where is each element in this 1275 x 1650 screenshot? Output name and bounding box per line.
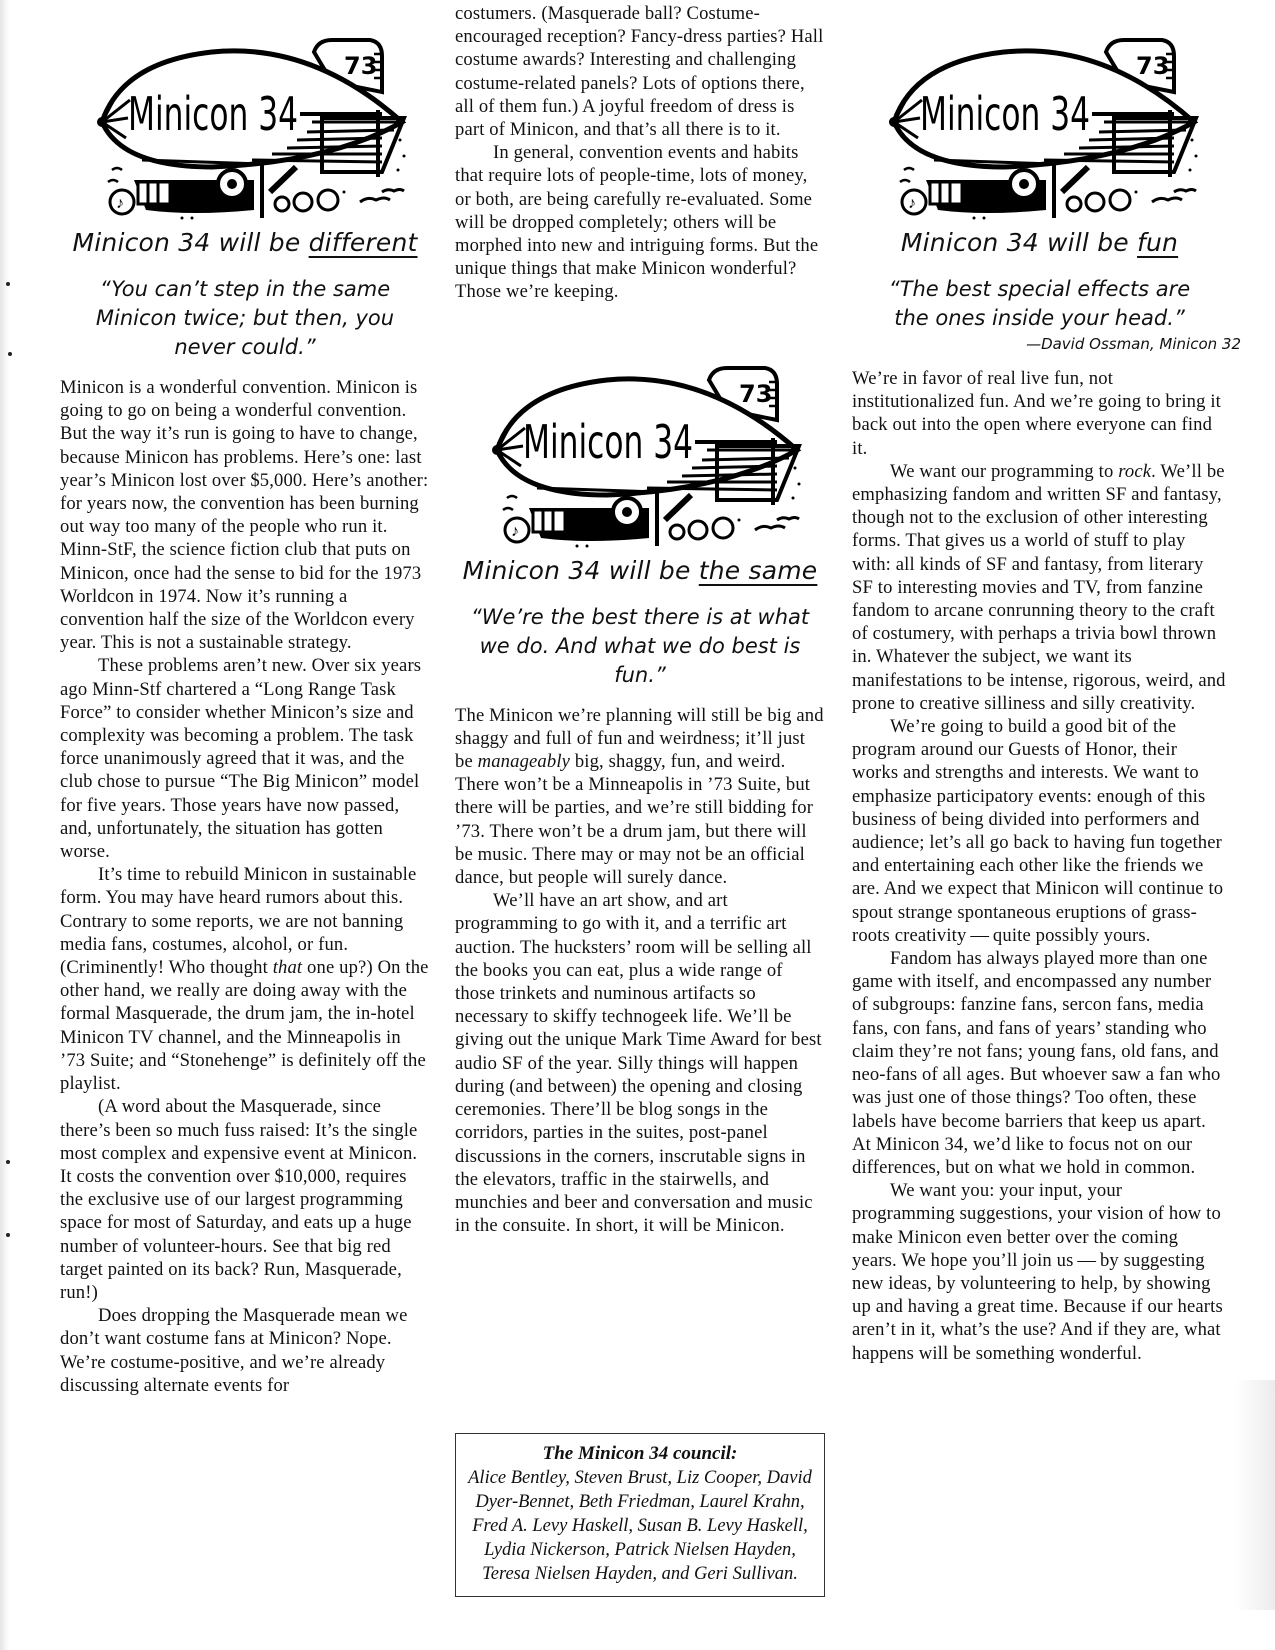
epigraph-quote: “The best special effects are the ones i… [852, 275, 1227, 333]
headline-emphasis: different [309, 228, 418, 257]
scan-speck [6, 282, 10, 286]
article-body: We’re in favor of real live fun, not ins… [852, 367, 1227, 1365]
paragraph: Does dropping the Masquerade mean we don… [60, 1304, 430, 1397]
scan-speck [6, 1160, 10, 1164]
svg-text:73: 73 [1136, 52, 1169, 80]
svg-text:73: 73 [344, 52, 377, 80]
section-headline: Minicon 34 will be fun [852, 228, 1227, 257]
paragraph: We’re going to build a good bit of the p… [852, 715, 1227, 947]
column-fun: 73 ♪ [852, 0, 1227, 1365]
paragraph: We’re in favor of real live fun, not ins… [852, 367, 1227, 460]
paragraph: It’s time to rebuild Minicon in sustaina… [60, 863, 430, 1095]
scan-edge-shadow [0, 0, 10, 1650]
column-different: 73 ♪ [60, 0, 430, 1397]
svg-text:♪: ♪ [908, 195, 916, 212]
scan-speck [8, 352, 12, 356]
svg-text:Minicon 34: Minicon 34 [920, 87, 1090, 141]
svg-text:♪: ♪ [511, 523, 519, 540]
paragraph: These problems aren’t new. Over six year… [60, 654, 430, 863]
scan-speck [6, 1233, 10, 1237]
paragraph: The Minicon we’re planning will still be… [455, 704, 825, 890]
section-headline: Minicon 34 will be different [60, 228, 430, 257]
council-names: Alice Bentley, Steven Brust, Liz Cooper,… [464, 1466, 816, 1586]
scan-edge-shadow-right [1235, 1380, 1275, 1610]
paragraph: We’ll have an art show, and art programm… [455, 889, 825, 1237]
epigraph-attribution: —David Ossman, Minicon 32 [852, 335, 1241, 353]
council-title: The Minicon 34 council: [464, 1442, 816, 1466]
headline-prefix: Minicon 34 will be [72, 228, 308, 257]
paragraph: Fandom has always played more than one g… [852, 947, 1227, 1179]
paragraph: We want our programming to rock. We’ll b… [852, 460, 1227, 715]
council-box: The Minicon 34 council: Alice Bentley, S… [455, 1433, 825, 1597]
article-body: Minicon is a wonderful convention. Minic… [60, 376, 430, 1397]
article-body: The Minicon we’re planning will still be… [455, 704, 825, 1238]
article-body-continued: costumers. (Masquerade ball? Costume-enc… [455, 2, 825, 304]
headline-emphasis: fun [1137, 228, 1178, 257]
minicon-blimp-logo: 73 ♪ [477, 350, 807, 550]
paragraph: Minicon is a wonderful convention. Minic… [60, 376, 430, 654]
epigraph-quote: “You can’t step in the same Minicon twic… [60, 275, 430, 362]
svg-text:Minicon 34: Minicon 34 [128, 87, 298, 141]
svg-text:73: 73 [739, 380, 772, 408]
svg-text:♪: ♪ [116, 195, 124, 212]
paragraph: We want you: your input, your programmin… [852, 1179, 1227, 1365]
paragraph: costumers. (Masquerade ball? Costume-enc… [455, 2, 825, 141]
svg-text:Minicon 34: Minicon 34 [523, 415, 693, 469]
headline-prefix: Minicon 34 will be [463, 556, 699, 585]
headline-prefix: Minicon 34 will be [901, 228, 1137, 257]
paragraph: (A word about the Masquerade, since ther… [60, 1095, 430, 1304]
column-the-same: costumers. (Masquerade ball? Costume-enc… [455, 0, 825, 1237]
section-headline: Minicon 34 will be the same [455, 556, 825, 585]
epigraph-quote: “We’re the best there is at what we do. … [455, 603, 825, 690]
minicon-blimp-logo: 73 ♪ [874, 22, 1204, 222]
paragraph: In general, convention events and habits… [455, 141, 825, 303]
minicon-blimp-logo: 73 ♪ [82, 22, 412, 222]
headline-emphasis: the same [699, 556, 818, 585]
